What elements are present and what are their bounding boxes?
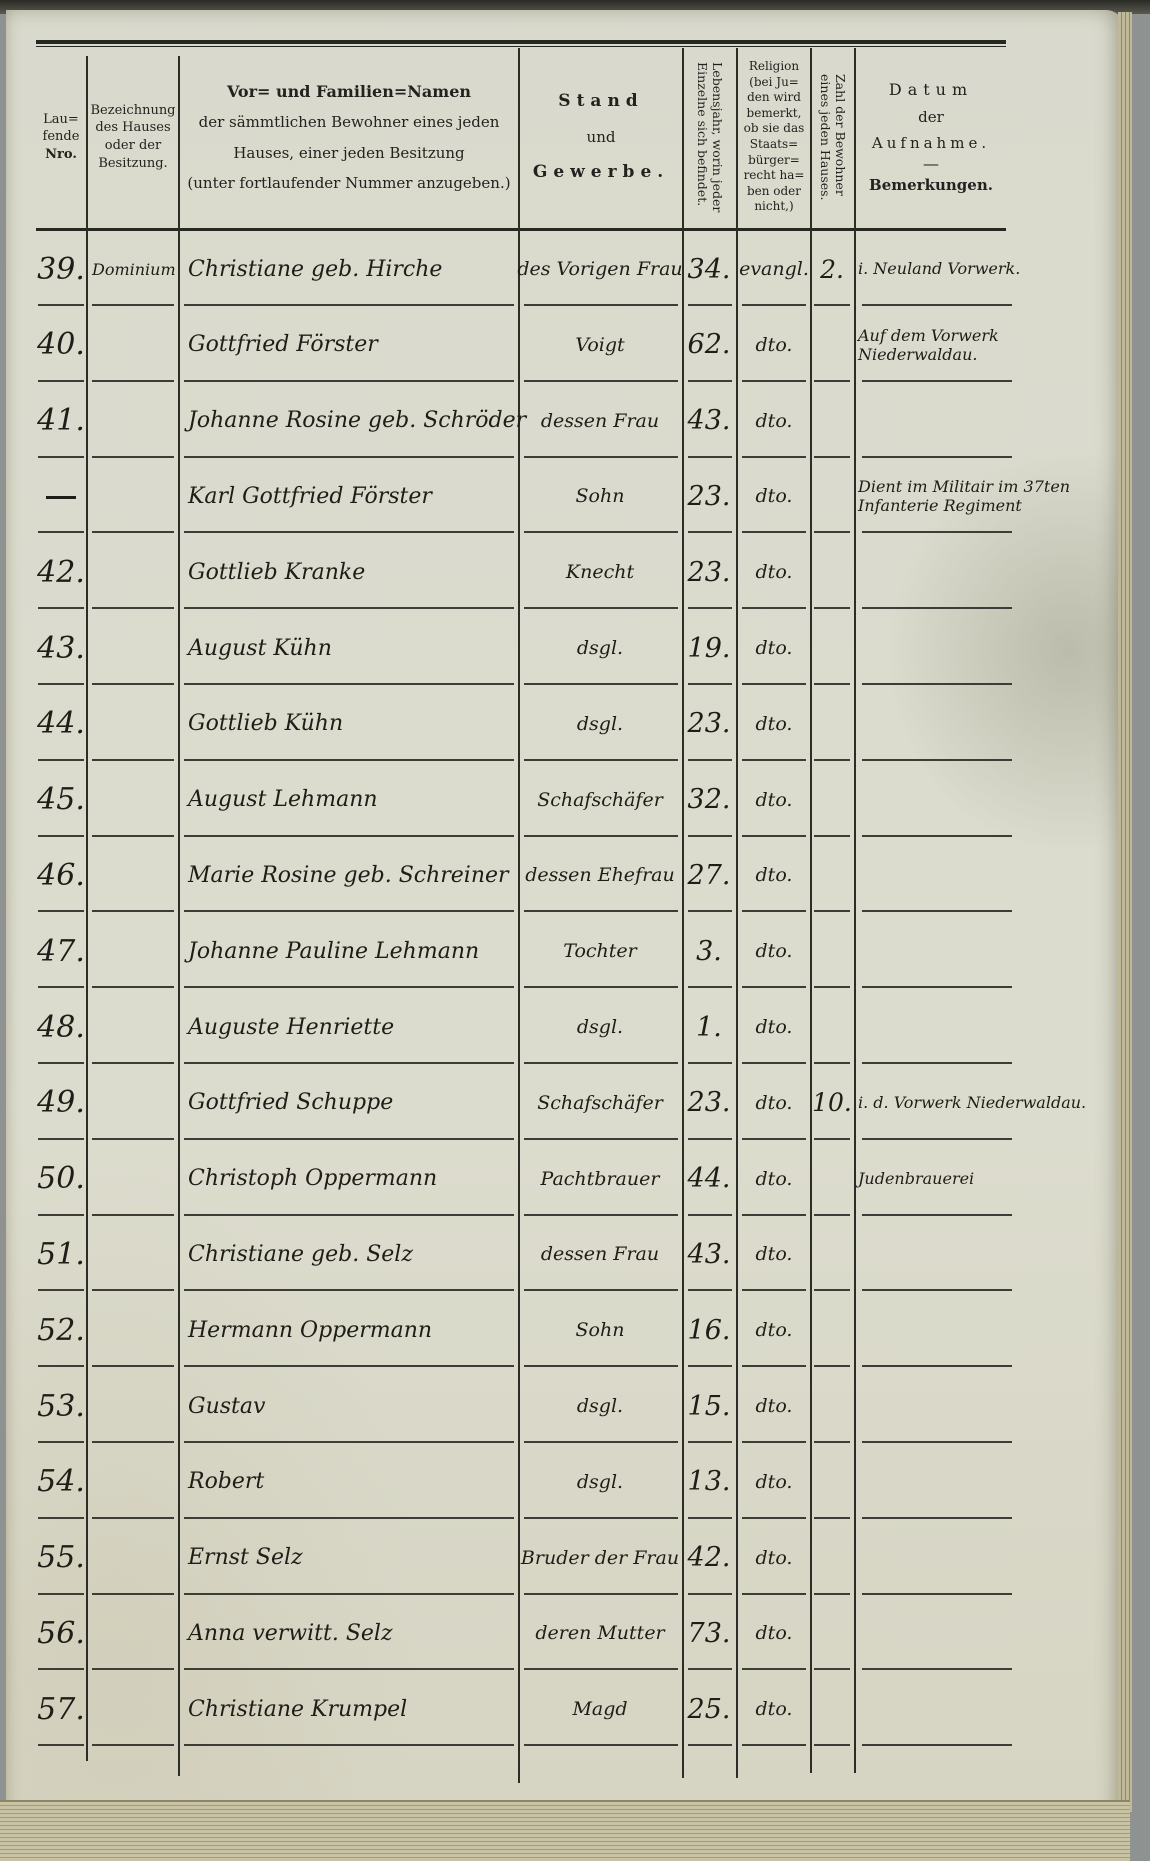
resident-count bbox=[812, 699, 852, 749]
resident-name: Ernst Selz bbox=[180, 1533, 523, 1583]
running-number: 48. bbox=[36, 1002, 86, 1052]
row-rule bbox=[184, 986, 514, 988]
row-rule bbox=[688, 1365, 732, 1367]
house-designation bbox=[88, 1229, 182, 1279]
running-number: 43. bbox=[36, 623, 86, 673]
remarks bbox=[858, 396, 1118, 446]
row-rule bbox=[92, 986, 174, 988]
row-rule bbox=[92, 1668, 174, 1670]
resident-name: Marie Rosine geb. Schreiner bbox=[180, 850, 523, 900]
row-rule bbox=[862, 1138, 1012, 1140]
header-text: Religion bbox=[749, 59, 799, 75]
row-rule bbox=[38, 531, 84, 533]
occupation: Knecht bbox=[520, 547, 680, 597]
row-rule bbox=[742, 1214, 806, 1216]
row-rule bbox=[38, 1517, 84, 1519]
religion: dto. bbox=[738, 1457, 810, 1507]
resident-name: Gottlieb Kranke bbox=[180, 547, 523, 597]
row-rule bbox=[524, 1289, 678, 1291]
census-ledger: Lau= fende Nro. Bezeichnung des Hauses o… bbox=[0, 0, 1150, 1859]
row-rule bbox=[742, 1517, 806, 1519]
row-rule bbox=[92, 380, 174, 382]
row-rule bbox=[742, 1365, 806, 1367]
religion: dto. bbox=[738, 623, 810, 673]
row-rule bbox=[524, 759, 678, 761]
row-rule bbox=[38, 607, 84, 609]
row-rule bbox=[38, 1668, 84, 1670]
resident-name: Christoph Oppermann bbox=[180, 1154, 523, 1204]
row-rule bbox=[862, 607, 1012, 609]
resident-count bbox=[812, 1684, 852, 1734]
row-rule bbox=[688, 1593, 732, 1595]
occupation: dsgl. bbox=[520, 1381, 680, 1431]
row-rule bbox=[184, 1289, 514, 1291]
header-text: des Hauses bbox=[95, 119, 170, 137]
age: 13. bbox=[684, 1457, 734, 1507]
house-designation bbox=[88, 1078, 182, 1128]
row-rule bbox=[92, 683, 174, 685]
row-rule bbox=[814, 910, 850, 912]
religion: dto. bbox=[738, 775, 810, 825]
resident-count bbox=[812, 1002, 852, 1052]
occupation: des Vorigen Frau bbox=[520, 244, 680, 294]
resident-name: Hermann Oppermann bbox=[180, 1305, 523, 1355]
religion: dto. bbox=[738, 1078, 810, 1128]
top-rule bbox=[36, 40, 1006, 44]
resident-count bbox=[812, 1305, 852, 1355]
remarks: i. d. Vorwerk Niederwaldau. bbox=[858, 1078, 1118, 1128]
occupation: Bruder der Frau bbox=[520, 1533, 680, 1583]
row-rule bbox=[92, 1138, 174, 1140]
row-rule bbox=[184, 1441, 514, 1443]
register-row: 45. August Lehmann Schafschäfer 32. dto. bbox=[0, 763, 1150, 837]
row-rule bbox=[38, 683, 84, 685]
age: 23. bbox=[684, 471, 734, 521]
row-rule bbox=[92, 1214, 174, 1216]
running-number: 49. bbox=[36, 1078, 86, 1128]
religion: dto. bbox=[738, 850, 810, 900]
header-text: Hauses, einer jeden Besitzung bbox=[233, 143, 464, 163]
resident-count bbox=[812, 1457, 852, 1507]
religion: dto. bbox=[738, 1684, 810, 1734]
row-rule bbox=[814, 1289, 850, 1291]
row-rule bbox=[862, 1214, 1012, 1216]
row-rule bbox=[38, 1289, 84, 1291]
row-rule bbox=[742, 456, 806, 458]
row-rule bbox=[862, 1744, 1012, 1746]
row-rule bbox=[862, 910, 1012, 912]
age: 62. bbox=[684, 320, 734, 370]
resident-name: Auguste Henriette bbox=[180, 1002, 523, 1052]
running-number: 46. bbox=[36, 850, 86, 900]
age: 42. bbox=[684, 1533, 734, 1583]
remarks bbox=[858, 1305, 1118, 1355]
row-rule bbox=[814, 683, 850, 685]
row-rule bbox=[92, 1062, 174, 1064]
row-rule bbox=[38, 910, 84, 912]
row-rule bbox=[38, 456, 84, 458]
age: 23. bbox=[684, 699, 734, 749]
age: 73. bbox=[684, 1608, 734, 1658]
row-rule bbox=[184, 1214, 514, 1216]
row-rule bbox=[688, 1441, 732, 1443]
occupation: Sohn bbox=[520, 1305, 680, 1355]
occupation: dessen Frau bbox=[520, 1229, 680, 1279]
resident-name: Gottlieb Kühn bbox=[180, 699, 523, 749]
row-rule bbox=[92, 456, 174, 458]
religion: dto. bbox=[738, 1002, 810, 1052]
remarks bbox=[858, 1533, 1118, 1583]
row-rule bbox=[742, 683, 806, 685]
row-rule bbox=[184, 835, 514, 837]
row-rule bbox=[524, 910, 678, 912]
row-rule bbox=[862, 531, 1012, 533]
header-text: Aufnahme. bbox=[872, 133, 990, 153]
age: 23. bbox=[684, 547, 734, 597]
row-rule bbox=[184, 1517, 514, 1519]
house-designation bbox=[88, 471, 182, 521]
row-rule bbox=[742, 986, 806, 988]
running-number: 39. bbox=[36, 244, 86, 294]
remarks bbox=[858, 775, 1118, 825]
row-rule bbox=[524, 1668, 678, 1670]
remarks: Judenbrauerei bbox=[858, 1154, 1118, 1204]
header-bottom-rule bbox=[36, 228, 1006, 231]
row-rule bbox=[688, 531, 732, 533]
header-text: der sämmtlichen Bewohner eines jeden bbox=[199, 112, 500, 132]
row-rule bbox=[524, 1517, 678, 1519]
row-rule bbox=[184, 1365, 514, 1367]
row-rule bbox=[814, 1062, 850, 1064]
header-religion: Religion (bei Ju= den wird bemerkt, ob s… bbox=[738, 48, 810, 226]
occupation: Voigt bbox=[520, 320, 680, 370]
row-rule bbox=[862, 456, 1012, 458]
age: 25. bbox=[684, 1684, 734, 1734]
row-rule bbox=[688, 304, 732, 306]
religion: dto. bbox=[738, 1608, 810, 1658]
row-rule bbox=[524, 1062, 678, 1064]
register-row: 49. Gottfried Schuppe Schafschäfer 23. d… bbox=[0, 1066, 1150, 1140]
age: 19. bbox=[684, 623, 734, 673]
age: 43. bbox=[684, 1229, 734, 1279]
row-rule bbox=[862, 1517, 1012, 1519]
row-rule bbox=[862, 1668, 1012, 1670]
header-date-remarks: Datum der Aufnahme. — Bemerkungen. bbox=[856, 48, 1006, 226]
row-rule bbox=[524, 835, 678, 837]
remarks bbox=[858, 1229, 1118, 1279]
header-text: — bbox=[923, 153, 939, 175]
running-number: 47. bbox=[36, 926, 86, 976]
religion: dto. bbox=[738, 396, 810, 446]
header-text: Lebensjahr, worin jeder Einzelne sich be… bbox=[695, 62, 725, 212]
remarks bbox=[858, 850, 1118, 900]
register-row: 46. Marie Rosine geb. Schreiner dessen E… bbox=[0, 838, 1150, 912]
row-rule bbox=[524, 1593, 678, 1595]
register-row: 41. Johanne Rosine geb. Schröder dessen … bbox=[0, 384, 1150, 458]
header-house: Bezeichnung des Hauses oder der Besitzun… bbox=[88, 48, 178, 226]
row-rule bbox=[742, 380, 806, 382]
resident-name: Gottfried Förster bbox=[180, 320, 523, 370]
row-rule bbox=[742, 1668, 806, 1670]
row-rule bbox=[814, 380, 850, 382]
religion: dto. bbox=[738, 926, 810, 976]
row-rule bbox=[814, 1744, 850, 1746]
header-text: den wird bbox=[747, 90, 801, 106]
resident-name: Gottfried Schuppe bbox=[180, 1078, 523, 1128]
header-text: Zahl der Bewohner eines jeden Hauses. bbox=[818, 74, 848, 201]
resident-name: August Kühn bbox=[180, 623, 523, 673]
running-number: 53. bbox=[36, 1381, 86, 1431]
header-text: (bei Ju= bbox=[749, 75, 799, 91]
resident-name: Karl Gottfried Förster bbox=[180, 471, 523, 521]
religion: dto. bbox=[738, 320, 810, 370]
row-rule bbox=[524, 456, 678, 458]
row-rule bbox=[814, 607, 850, 609]
header-text: ben oder bbox=[747, 184, 801, 200]
row-rule bbox=[38, 986, 84, 988]
row-rule bbox=[92, 1744, 174, 1746]
row-rule bbox=[688, 607, 732, 609]
resident-count bbox=[812, 1533, 852, 1583]
row-rule bbox=[742, 607, 806, 609]
row-rule bbox=[814, 1593, 850, 1595]
row-rule bbox=[688, 1517, 732, 1519]
house-designation bbox=[88, 396, 182, 446]
remarks bbox=[858, 1457, 1118, 1507]
row-rule bbox=[184, 304, 514, 306]
register-row: 43. August Kühn dsgl. 19. dto. bbox=[0, 611, 1150, 685]
row-rule bbox=[688, 683, 732, 685]
occupation: dessen Ehefrau bbox=[520, 850, 680, 900]
remarks bbox=[858, 623, 1118, 673]
occupation: Schafschäfer bbox=[520, 1078, 680, 1128]
remarks: Auf dem Vorwerk Niederwaldau. bbox=[858, 320, 1118, 370]
register-row: 57. Christiane Krumpel Magd 25. dto. bbox=[0, 1672, 1150, 1746]
row-rule bbox=[742, 1062, 806, 1064]
house-designation bbox=[88, 320, 182, 370]
row-rule bbox=[92, 1441, 174, 1443]
running-number: 44. bbox=[36, 699, 86, 749]
resident-count bbox=[812, 1608, 852, 1658]
header-text: Nro. bbox=[45, 146, 77, 164]
header-age: Lebensjahr, worin jeder Einzelne sich be… bbox=[684, 48, 736, 226]
header-text: oder der bbox=[105, 137, 161, 155]
row-rule bbox=[38, 835, 84, 837]
register-row: 44. Gottlieb Kühn dsgl. 23. dto. bbox=[0, 687, 1150, 761]
occupation: Pachtbrauer bbox=[520, 1154, 680, 1204]
running-number: 41. bbox=[36, 396, 86, 446]
resident-name: Anna verwitt. Selz bbox=[180, 1608, 523, 1658]
header-text: und bbox=[587, 127, 616, 147]
row-rule bbox=[862, 1289, 1012, 1291]
row-rule bbox=[524, 380, 678, 382]
house-designation bbox=[88, 850, 182, 900]
header-text: bürger= bbox=[748, 153, 800, 169]
resident-count bbox=[812, 623, 852, 673]
row-rule bbox=[688, 456, 732, 458]
running-number: 57. bbox=[36, 1684, 86, 1734]
religion: dto. bbox=[738, 471, 810, 521]
house-designation bbox=[88, 1457, 182, 1507]
resident-name: Johanne Pauline Lehmann bbox=[180, 926, 523, 976]
resident-count bbox=[812, 547, 852, 597]
row-rule bbox=[524, 1214, 678, 1216]
resident-count bbox=[812, 850, 852, 900]
row-rule bbox=[92, 759, 174, 761]
register-row: 56. Anna verwitt. Selz deren Mutter 73. … bbox=[0, 1596, 1150, 1670]
age: 44. bbox=[684, 1154, 734, 1204]
row-rule bbox=[814, 1365, 850, 1367]
row-rule bbox=[862, 304, 1012, 306]
row-rule bbox=[742, 1441, 806, 1443]
register-row: 51. Christiane geb. Selz dessen Frau 43.… bbox=[0, 1217, 1150, 1291]
row-rule bbox=[742, 1744, 806, 1746]
row-rule bbox=[184, 759, 514, 761]
row-rule bbox=[38, 380, 84, 382]
religion: dto. bbox=[738, 699, 810, 749]
header-text: fende bbox=[43, 128, 80, 146]
resident-count bbox=[812, 1229, 852, 1279]
row-rule bbox=[184, 456, 514, 458]
header-text: Gewerbe. bbox=[533, 161, 669, 184]
header-text: (unter fortlaufender Nummer anzugeben.) bbox=[187, 173, 510, 193]
row-rule bbox=[688, 380, 732, 382]
row-rule bbox=[184, 1668, 514, 1670]
running-number: 51. bbox=[36, 1229, 86, 1279]
row-rule bbox=[38, 1744, 84, 1746]
row-rule bbox=[184, 607, 514, 609]
resident-count bbox=[812, 320, 852, 370]
age: 27. bbox=[684, 850, 734, 900]
row-rule bbox=[862, 1593, 1012, 1595]
row-rule bbox=[742, 910, 806, 912]
row-rule bbox=[814, 835, 850, 837]
age: 34. bbox=[684, 244, 734, 294]
resident-count bbox=[812, 396, 852, 446]
house-designation bbox=[88, 1684, 182, 1734]
remarks bbox=[858, 1684, 1118, 1734]
religion: dto. bbox=[738, 1229, 810, 1279]
age: 1. bbox=[684, 1002, 734, 1052]
row-rule bbox=[92, 304, 174, 306]
row-rule bbox=[688, 759, 732, 761]
row-rule bbox=[688, 1214, 732, 1216]
resident-count bbox=[812, 775, 852, 825]
register-row: 55. Ernst Selz Bruder der Frau 42. dto. bbox=[0, 1521, 1150, 1595]
row-rule bbox=[38, 1062, 84, 1064]
row-rule bbox=[862, 835, 1012, 837]
religion: dto. bbox=[738, 547, 810, 597]
row-rule bbox=[92, 910, 174, 912]
row-rule bbox=[184, 1593, 514, 1595]
row-rule bbox=[184, 1062, 514, 1064]
row-rule bbox=[862, 1062, 1012, 1064]
resident-name: Gustav bbox=[180, 1381, 523, 1431]
row-rule bbox=[524, 531, 678, 533]
religion: dto. bbox=[738, 1154, 810, 1204]
row-rule bbox=[92, 1365, 174, 1367]
house-designation bbox=[88, 926, 182, 976]
row-rule bbox=[862, 986, 1012, 988]
resident-name: Johanne Rosine geb. Schröder bbox=[180, 396, 523, 446]
resident-count: 2. bbox=[812, 244, 852, 294]
row-rule bbox=[862, 1441, 1012, 1443]
remarks bbox=[858, 926, 1118, 976]
row-rule bbox=[524, 1441, 678, 1443]
header-names: Vor= und Familien=Namen der sämmtlichen … bbox=[180, 48, 518, 226]
row-rule bbox=[688, 1289, 732, 1291]
row-rule bbox=[814, 531, 850, 533]
occupation: Sohn bbox=[520, 471, 680, 521]
house-designation bbox=[88, 1305, 182, 1355]
header-text: Besitzung. bbox=[98, 155, 167, 173]
row-rule bbox=[862, 683, 1012, 685]
house-designation bbox=[88, 1533, 182, 1583]
house-designation bbox=[88, 623, 182, 673]
row-rule bbox=[742, 531, 806, 533]
row-rule bbox=[524, 683, 678, 685]
row-rule bbox=[92, 531, 174, 533]
house-designation: Dominium bbox=[88, 244, 182, 294]
age: 32. bbox=[684, 775, 734, 825]
age: 43. bbox=[684, 396, 734, 446]
header-text: nicht,) bbox=[754, 199, 793, 215]
row-rule bbox=[742, 1289, 806, 1291]
header-text: recht ha= bbox=[744, 168, 805, 184]
running-number: 56. bbox=[36, 1608, 86, 1658]
row-rule bbox=[688, 1668, 732, 1670]
row-rule bbox=[524, 986, 678, 988]
age: 3. bbox=[684, 926, 734, 976]
header-title: Vor= und Familien=Namen bbox=[227, 81, 471, 103]
row-rule bbox=[688, 1138, 732, 1140]
occupation: Schafschäfer bbox=[520, 775, 680, 825]
row-rule bbox=[688, 835, 732, 837]
header-text: Bezeichnung bbox=[90, 102, 175, 120]
row-rule bbox=[38, 304, 84, 306]
row-rule bbox=[814, 759, 850, 761]
remarks bbox=[858, 1381, 1118, 1431]
remarks bbox=[858, 1002, 1118, 1052]
row-rule bbox=[184, 910, 514, 912]
remarks: i. Neuland Vorwerk. bbox=[858, 244, 1118, 294]
row-rule bbox=[38, 1365, 84, 1367]
header-text: Stand bbox=[558, 90, 643, 113]
row-rule bbox=[742, 304, 806, 306]
resident-count bbox=[812, 1381, 852, 1431]
row-rule bbox=[184, 531, 514, 533]
occupation: dessen Frau bbox=[520, 396, 680, 446]
header-text: Datum bbox=[889, 79, 973, 101]
header-occupation: Stand und Gewerbe. bbox=[520, 48, 682, 226]
header-text: Lau= bbox=[43, 111, 79, 129]
remarks bbox=[858, 547, 1118, 597]
row-rule bbox=[862, 759, 1012, 761]
row-rule bbox=[92, 1289, 174, 1291]
row-rule bbox=[688, 1744, 732, 1746]
row-rule bbox=[524, 1365, 678, 1367]
row-rule bbox=[742, 835, 806, 837]
register-row: 52. Hermann Oppermann Sohn 16. dto. bbox=[0, 1293, 1150, 1367]
occupation: dsgl. bbox=[520, 1002, 680, 1052]
row-rule bbox=[524, 304, 678, 306]
house-designation bbox=[88, 1381, 182, 1431]
occupation: dsgl. bbox=[520, 623, 680, 673]
running-number: 52. bbox=[36, 1305, 86, 1355]
house-designation bbox=[88, 699, 182, 749]
register-row: 48. Auguste Henriette dsgl. 1. dto. bbox=[0, 990, 1150, 1064]
row-rule bbox=[742, 759, 806, 761]
